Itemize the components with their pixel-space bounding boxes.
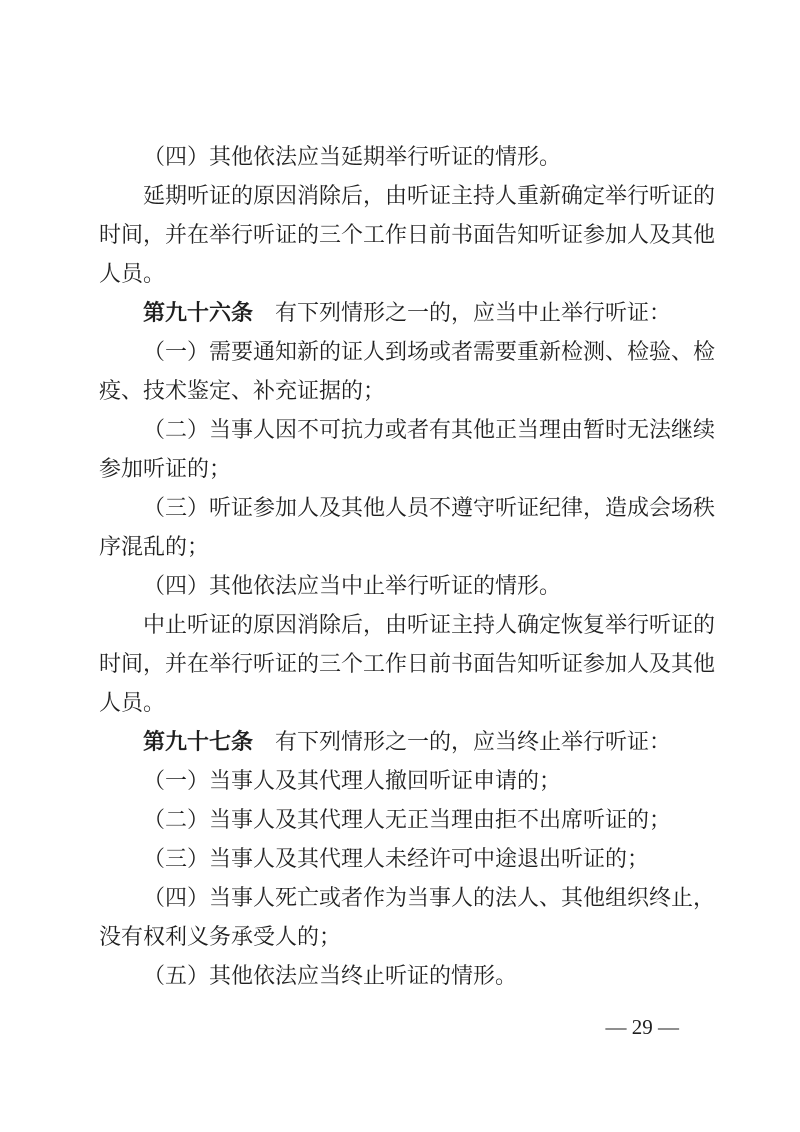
text-line: （四）其他依法应当中止举行听证的情形。 bbox=[99, 566, 715, 605]
text-line: 第九十七条 有下列情形之一的，应当终止举行听证： bbox=[99, 722, 715, 761]
text-line: （三）听证参加人及其他人员不遵守听证纪律，造成会场秩 bbox=[99, 488, 715, 527]
text-line: 中止听证的原因消除后，由听证主持人确定恢复举行听证的 bbox=[99, 605, 715, 644]
text-line: 人员。 bbox=[99, 683, 715, 722]
text-line: （一）需要通知新的证人到场或者需要重新检测、检验、检 bbox=[99, 332, 715, 371]
text-line: 延期听证的原因消除后，由听证主持人重新确定举行听证的 bbox=[99, 176, 715, 215]
page-number: — 29 — bbox=[606, 1015, 680, 1039]
text-line: （二）当事人因不可抗力或者有其他正当理由暂时无法继续 bbox=[99, 410, 715, 449]
text-line: 人员。 bbox=[99, 254, 715, 293]
text-line: （四）当事人死亡或者作为当事人的法人、其他组织终止， bbox=[99, 878, 715, 917]
document-page: （四）其他依法应当延期举行听证的情形。延期听证的原因消除后，由听证主持人重新确定… bbox=[0, 0, 800, 1132]
text-line: （二）当事人及其代理人无正当理由拒不出席听证的； bbox=[99, 800, 715, 839]
text-line: （三）当事人及其代理人未经许可中途退出听证的； bbox=[99, 839, 715, 878]
text-line: 没有权利义务承受人的； bbox=[99, 917, 715, 956]
text-line: （四）其他依法应当延期举行听证的情形。 bbox=[99, 137, 715, 176]
article-number: 第九十六条 bbox=[143, 300, 253, 325]
text-line: 时间，并在举行听证的三个工作日前书面告知听证参加人及其他 bbox=[99, 215, 715, 254]
article-number: 第九十七条 bbox=[143, 729, 253, 754]
text-line: 第九十六条 有下列情形之一的，应当中止举行听证： bbox=[99, 293, 715, 332]
text-line: 序混乱的； bbox=[99, 527, 715, 566]
text-line: （五）其他依法应当终止听证的情形。 bbox=[99, 956, 715, 995]
text-line: 参加听证的； bbox=[99, 449, 715, 488]
document-body: （四）其他依法应当延期举行听证的情形。延期听证的原因消除后，由听证主持人重新确定… bbox=[99, 137, 715, 995]
text-line: （一）当事人及其代理人撤回听证申请的； bbox=[99, 761, 715, 800]
text-line: 时间，并在举行听证的三个工作日前书面告知听证参加人及其他 bbox=[99, 644, 715, 683]
page-footer: — 29 — bbox=[0, 1011, 679, 1043]
text-line: 疫、技术鉴定、补充证据的； bbox=[99, 371, 715, 410]
